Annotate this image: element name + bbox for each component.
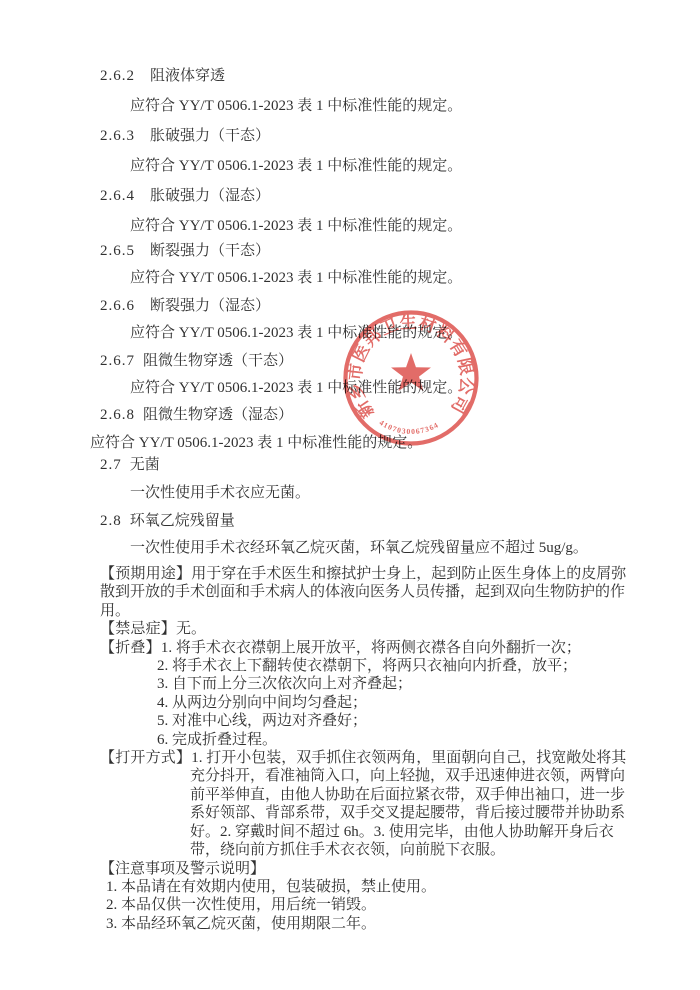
section-heading: 2.8环氧乙烷残留量 (100, 508, 636, 536)
warning-item: 1. 本品请在有效期内使用，包装破损，禁止使用。 (106, 878, 636, 896)
labeled-paragraphs: 【预期用途】用于穿在手术医生和擦拭护士身上，起到防止医生身体上的皮屑弥 散到开放… (100, 565, 636, 933)
section-number: 2.6.2 (100, 68, 135, 84)
folding-line: 【折叠】1. 将手术衣衣襟朝上展开放平，将两侧衣襟各自向外翻折一次； (100, 639, 636, 657)
intended-use-text: 用于穿在手术医生和擦拭护士身上，起到防止医生身体上的皮屑弥 (191, 566, 626, 582)
section-requirement: 应符合 YY/T 0506.1-2023 表 1 中标准性能的规定。 (130, 375, 636, 402)
section-number: 2.6.7 (100, 353, 135, 369)
section-number: 2.6.8 (100, 407, 135, 423)
section-heading: 2.7无菌 (100, 452, 636, 480)
folding-step: 5. 对准中心线，两边对齐叠好； (157, 712, 636, 730)
spec-sections-middle: 2.6.5断裂强力（干态） 应符合 YY/T 0506.1-2023 表 1 中… (100, 238, 636, 457)
contraindications-line: 【禁忌症】无。 (100, 620, 636, 638)
spec-sections-bottom: 2.7无菌 一次性使用手术衣应无菌。 2.8环氧乙烷残留量 一次性使用手术衣经环… (100, 452, 636, 563)
contraindications-text: 无。 (176, 621, 206, 637)
warnings-label: 【注意事项及警示说明】 (100, 860, 636, 878)
intended-use-line: 散到开放的手术创面和手术病人的体液向医务人员传播，起到双向生物防护的作 (100, 583, 636, 601)
section-heading: 2.6.2阻液体穿透 (100, 61, 636, 91)
warning-item: 3. 本品经环氧乙烷灭菌，使用期限二年。 (106, 915, 636, 933)
section-requirement: 应符合 YY/T 0506.1-2023 表 1 中标准性能的规定。 (130, 320, 636, 347)
section-title: 无菌 (130, 457, 160, 473)
section-heading: 2.6.8阻微生物穿透（湿态） (100, 402, 636, 429)
opening-line: 好。2. 穿戴时间不超过 6h。3. 使用完毕，由他人协助解开身后衣 (190, 823, 636, 841)
section-requirement: 应符合 YY/T 0506.1-2023 表 1 中标准性能的规定。 (130, 265, 636, 292)
folding-step: 1. 将手术衣衣襟朝上展开放平，将两侧衣襟各自向外翻折一次； (161, 640, 581, 656)
section-title: 阻液体穿透 (150, 68, 225, 84)
section-heading: 2.6.3胀破强力（干态） (100, 121, 636, 151)
section-number: 2.6.3 (100, 128, 135, 144)
scanned-document-page: 2.6.2阻液体穿透 应符合 YY/T 0506.1-2023 表 1 中标准性… (0, 0, 700, 990)
spec-sections-top: 2.6.2阻液体穿透 应符合 YY/T 0506.1-2023 表 1 中标准性… (100, 61, 636, 241)
folding-step: 3. 自下而上分三次依次向上对齐叠起； (157, 675, 636, 693)
section-title: 断裂强力（湿态） (150, 298, 270, 314)
section-title: 断裂强力（干态） (150, 243, 270, 259)
section-heading: 2.6.5断裂强力（干态） (100, 238, 636, 265)
section-number: 2.7 (100, 457, 122, 473)
folding-step: 6. 完成折叠过程。 (157, 731, 636, 749)
section-title: 环氧乙烷残留量 (130, 513, 235, 529)
opening-line: 带，绕向前方抓住手术衣衣领，向前脱下衣服。 (190, 841, 636, 859)
opening-line: 系好领部、背部系带，双手交叉提起腰带，背后接过腰带并协助系 (190, 804, 636, 822)
warning-item: 2. 本品仅供一次性使用，用后统一销毁。 (106, 896, 636, 914)
section-number: 2.8 (100, 513, 122, 529)
folding-step: 2. 将手术衣上下翻转使衣襟朝下，将两只衣袖向内折叠，放平； (157, 657, 636, 675)
section-title: 胀破强力（干态） (150, 128, 270, 144)
section-requirement: 一次性使用手术衣经环氧乙烷灭菌，环氧乙烷残留量应不超过 5ug/g。 (130, 535, 636, 563)
section-requirement: 应符合 YY/T 0506.1-2023 表 1 中标准性能的规定。 (130, 91, 636, 121)
section-number: 2.6.4 (100, 188, 135, 204)
section-title: 阻微生物穿透（干态） (143, 353, 293, 369)
section-requirement: 一次性使用手术衣应无菌。 (130, 480, 636, 508)
section-title: 阻微生物穿透（湿态） (143, 407, 293, 423)
opening-line: 【打开方式】1. 打开小包装，双手抓住衣领两角，里面朝向自己，找宽敞处将其 (100, 749, 636, 767)
section-requirement: 应符合 YY/T 0506.1-2023 表 1 中标准性能的规定。 (130, 211, 636, 241)
section-heading: 2.6.4胀破强力（湿态） (100, 181, 636, 211)
intended-use-label: 【预期用途】 (100, 566, 191, 582)
section-heading: 2.6.7阻微生物穿透（干态） (100, 348, 636, 375)
section-title: 胀破强力（湿态） (150, 188, 270, 204)
opening-line: 充分抖开，看准袖筒入口，向上轻抛，双手迅速伸进衣领，两臂向 (190, 767, 636, 785)
folding-step: 4. 从两边分别向中间均匀叠起； (157, 694, 636, 712)
section-heading: 2.6.6断裂强力（湿态） (100, 293, 636, 320)
intended-use-line: 【预期用途】用于穿在手术医生和擦拭护士身上，起到防止医生身体上的皮屑弥 (100, 565, 636, 583)
section-requirement: 应符合 YY/T 0506.1-2023 表 1 中标准性能的规定。 (130, 151, 636, 181)
opening-line: 前平举伸直，由他人协助在后面拉紧衣带，双手伸出袖口，进一步 (190, 786, 636, 804)
section-number: 2.6.5 (100, 243, 135, 259)
section-number: 2.6.6 (100, 298, 135, 314)
opening-label: 【打开方式】 (100, 750, 191, 766)
opening-text: 1. 打开小包装，双手抓住衣领两角，里面朝向自己，找宽敞处将其 (191, 750, 626, 766)
intended-use-line: 用。 (100, 602, 636, 620)
folding-label: 【折叠】 (100, 640, 161, 656)
contraindications-label: 【禁忌症】 (100, 621, 176, 637)
